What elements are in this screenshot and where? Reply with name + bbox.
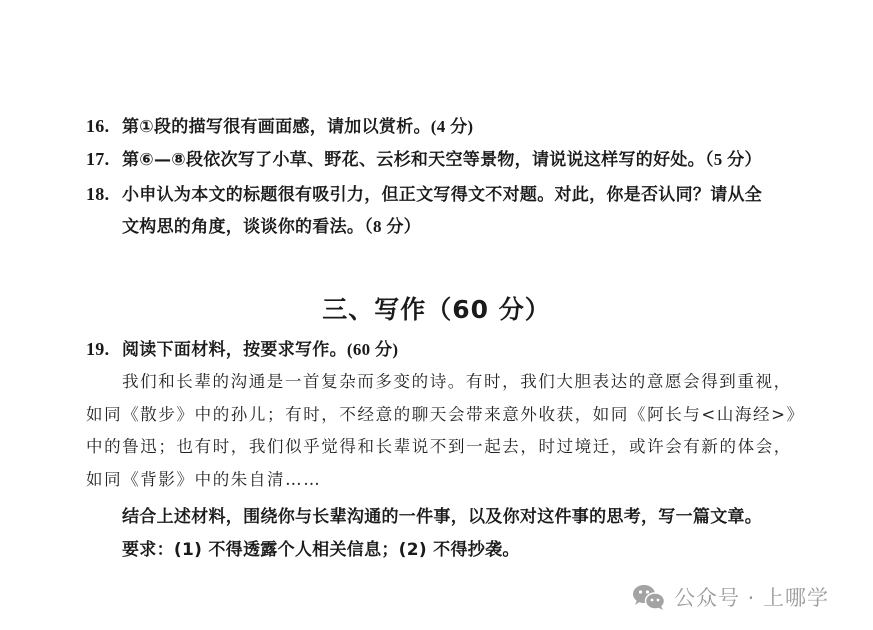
question-19: 19.阅读下面材料，按要求写作。(60 分) [86, 338, 398, 361]
question-score: (60 分) [347, 340, 398, 359]
question-text-line2: 文构思的角度，谈谈你的看法。 [122, 217, 364, 237]
watermark-text: 公众号 · 上哪学 [674, 582, 829, 612]
wechat-icon [632, 583, 666, 611]
material-line-1: 我们和长辈的沟通是一首复杂而多变的诗。有时，我们大胆表达的意愿会得到重视， [122, 371, 792, 393]
section-title: 三、写作（60 分） [0, 290, 873, 326]
question-score: （8 分） [364, 217, 421, 236]
question-18: 18.小申认为本文的标题很有吸引力，但正文写得文不对题。对此，你是否认同？请从全 [86, 183, 762, 206]
question-score: (4 分) [431, 117, 474, 136]
watermark: 公众号 · 上哪学 [632, 582, 829, 612]
question-17: 17.第⑥—⑧段依次写了小草、野花、云杉和天空等景物，请说说这样写的好处。（5 … [86, 148, 762, 171]
question-number: 18. [86, 183, 122, 205]
exam-page: 16.第①段的描写很有画面感，请加以赏析。(4 分) 17.第⑥—⑧段依次写了小… [0, 0, 873, 630]
question-score: （5 分） [705, 150, 762, 169]
question-number: 19. [86, 338, 122, 360]
writing-requirements: 要求：(1) 不得透露个人相关信息；(2) 不得抄袭。 [122, 539, 520, 561]
question-text-line1: 小申认为本文的标题很有吸引力，但正文写得文不对题。对此，你是否认同？请从全 [122, 185, 762, 205]
material-line-4: 如同《背影》中的朱自清…… [86, 469, 321, 491]
question-16: 16.第①段的描写很有画面感，请加以赏析。(4 分) [86, 115, 473, 138]
question-number: 17. [86, 148, 122, 170]
question-18-continued: 文构思的角度，谈谈你的看法。（8 分） [122, 216, 421, 238]
question-prompt: 阅读下面材料，按要求写作。 [122, 340, 347, 360]
question-text: 第①段的描写很有画面感，请加以赏析。 [122, 117, 431, 137]
writing-task: 结合上述材料，围绕你与长辈沟通的一件事，以及你对这件事的思考，写一篇文章。 [122, 506, 762, 528]
material-line-3: 中的鲁迅；也有时，我们似乎觉得和长辈说不到一起去，时过境迁，或许会有新的体会， [86, 436, 792, 458]
question-number: 16. [86, 115, 122, 137]
question-text: 第⑥—⑧段依次写了小草、野花、云杉和天空等景物，请说说这样写的好处。 [122, 150, 705, 170]
material-line-2: 如同《散步》中的孙儿；有时，不经意的聊天会带来意外收获，如同《阿长与<山海经>》 [86, 404, 805, 426]
